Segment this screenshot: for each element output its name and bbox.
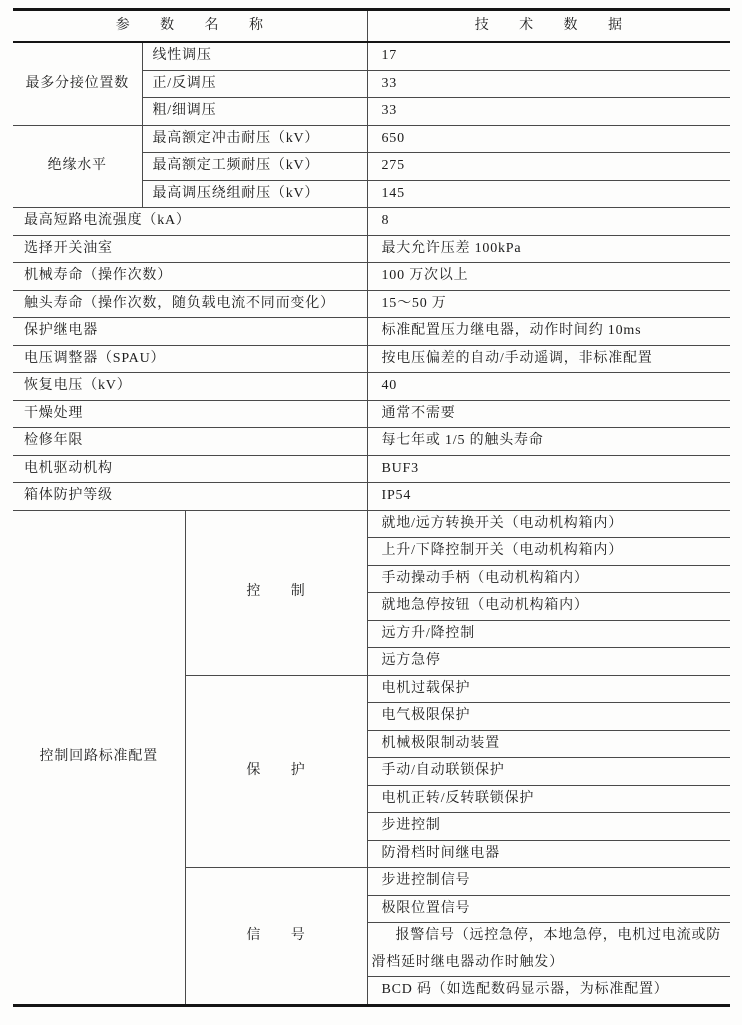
value-cell: 40 xyxy=(367,373,730,401)
param-name-cell: 恢复电压（kV） xyxy=(13,373,367,401)
value-cell: 电机正转/反转联锁保护 xyxy=(367,785,730,813)
param-name-cell: 电压调整器（SPAU） xyxy=(13,345,367,373)
table-header-row: 参 数 名 称 技 术 数 据 xyxy=(13,10,730,43)
page: 参 数 名 称 技 术 数 据 最多分接位置数 线性调压 17 正/反调压 33… xyxy=(0,0,742,1007)
value-cell: 每七年或 1/5 的触头寿命 xyxy=(367,428,730,456)
group-cell-control-circuit: 控制回路标准配置 xyxy=(13,510,185,1005)
value-cell: IP54 xyxy=(367,483,730,511)
value-cell: 电机过载保护 xyxy=(367,675,730,703)
table-row: 触头寿命（操作次数，随负载电流不同而变化） 15～50 万 xyxy=(13,290,730,318)
value-cell: 上升/下降控制开关（电动机构箱内） xyxy=(367,538,730,566)
param-name-cell: 干燥处理 xyxy=(13,400,367,428)
category-cell-signal: 信 号 xyxy=(185,868,367,1006)
table-row: 电压调整器（SPAU） 按电压偏差的自动/手动遥调，非标准配置 xyxy=(13,345,730,373)
table-row: 最高短路电流强度（kA） 8 xyxy=(13,208,730,236)
header-technical-data: 技 术 数 据 xyxy=(367,10,730,43)
param-name-cell: 触头寿命（操作次数，随负载电流不同而变化） xyxy=(13,290,367,318)
category-cell-protection: 保 护 xyxy=(185,675,367,868)
value-cell: 步进控制 xyxy=(367,813,730,841)
value-cell: 远方升/降控制 xyxy=(367,620,730,648)
sub-param-cell: 正/反调压 xyxy=(142,70,367,98)
value-cell: BCD 码（如选配数码显示器，为标准配置） xyxy=(367,977,730,1006)
value-cell: 远方急停 xyxy=(367,648,730,676)
value-cell: 机械极限制动装置 xyxy=(367,730,730,758)
sub-param-cell: 线性调压 xyxy=(142,42,367,70)
value-cell-alarm-signal: 报警信号（远控急停，本地急停，电机过电流或防滑档延时继电器动作时触发） xyxy=(367,923,730,977)
sub-param-cell: 最高额定冲击耐压（kV） xyxy=(142,125,367,153)
value-cell: 就地急停按钮（电动机构箱内） xyxy=(367,593,730,621)
value-cell: 275 xyxy=(367,153,730,181)
sub-param-cell: 最高调压绕组耐压（kV） xyxy=(142,180,367,208)
group-cell-tap-positions: 最多分接位置数 xyxy=(13,42,142,125)
value-cell: 电气极限保护 xyxy=(367,703,730,731)
value-cell: 步进控制信号 xyxy=(367,868,730,896)
param-name-cell: 最高短路电流强度（kA） xyxy=(13,208,367,236)
param-name-cell: 检修年限 xyxy=(13,428,367,456)
table-row: 保护继电器 标准配置压力继电器，动作时间约 10ms xyxy=(13,318,730,346)
table-row: 控制回路标准配置 控 制 就地/远方转换开关（电动机构箱内） xyxy=(13,510,730,538)
value-cell: 17 xyxy=(367,42,730,70)
value-cell: 8 xyxy=(367,208,730,236)
value-cell: 33 xyxy=(367,70,730,98)
spec-table: 参 数 名 称 技 术 数 据 最多分接位置数 线性调压 17 正/反调压 33… xyxy=(13,8,730,1007)
group-cell-insulation: 绝缘水平 xyxy=(13,125,142,208)
value-cell: 15～50 万 xyxy=(367,290,730,318)
value-cell: 最大允许压差 100kPa xyxy=(367,235,730,263)
param-name-cell: 选择开关油室 xyxy=(13,235,367,263)
param-name-cell: 电机驱动机构 xyxy=(13,455,367,483)
value-cell: 标准配置压力继电器，动作时间约 10ms xyxy=(367,318,730,346)
header-param-name: 参 数 名 称 xyxy=(13,10,367,43)
value-cell: BUF3 xyxy=(367,455,730,483)
value-cell: 极限位置信号 xyxy=(367,895,730,923)
value-cell: 手动操动手柄（电动机构箱内） xyxy=(367,565,730,593)
param-name-cell: 箱体防护等级 xyxy=(13,483,367,511)
value-cell: 防滑档时间继电器 xyxy=(367,840,730,868)
table-row: 最多分接位置数 线性调压 17 xyxy=(13,42,730,70)
table-row: 电机驱动机构 BUF3 xyxy=(13,455,730,483)
value-cell: 33 xyxy=(367,98,730,126)
param-name-cell: 保护继电器 xyxy=(13,318,367,346)
table-row: 箱体防护等级 IP54 xyxy=(13,483,730,511)
table-row: 机械寿命（操作次数） 100 万次以上 xyxy=(13,263,730,291)
param-name-cell: 机械寿命（操作次数） xyxy=(13,263,367,291)
sub-param-cell: 粗/细调压 xyxy=(142,98,367,126)
value-cell: 手动/自动联锁保护 xyxy=(367,758,730,786)
value-cell: 按电压偏差的自动/手动遥调，非标准配置 xyxy=(367,345,730,373)
value-cell: 145 xyxy=(367,180,730,208)
table-row: 干燥处理 通常不需要 xyxy=(13,400,730,428)
sub-param-cell: 最高额定工频耐压（kV） xyxy=(142,153,367,181)
value-cell: 通常不需要 xyxy=(367,400,730,428)
table-row: 绝缘水平 最高额定冲击耐压（kV） 650 xyxy=(13,125,730,153)
table-row: 检修年限 每七年或 1/5 的触头寿命 xyxy=(13,428,730,456)
value-cell: 就地/远方转换开关（电动机构箱内） xyxy=(367,510,730,538)
table-row: 恢复电压（kV） 40 xyxy=(13,373,730,401)
value-cell: 650 xyxy=(367,125,730,153)
category-cell-control: 控 制 xyxy=(185,510,367,675)
table-row: 选择开关油室 最大允许压差 100kPa xyxy=(13,235,730,263)
value-cell: 100 万次以上 xyxy=(367,263,730,291)
